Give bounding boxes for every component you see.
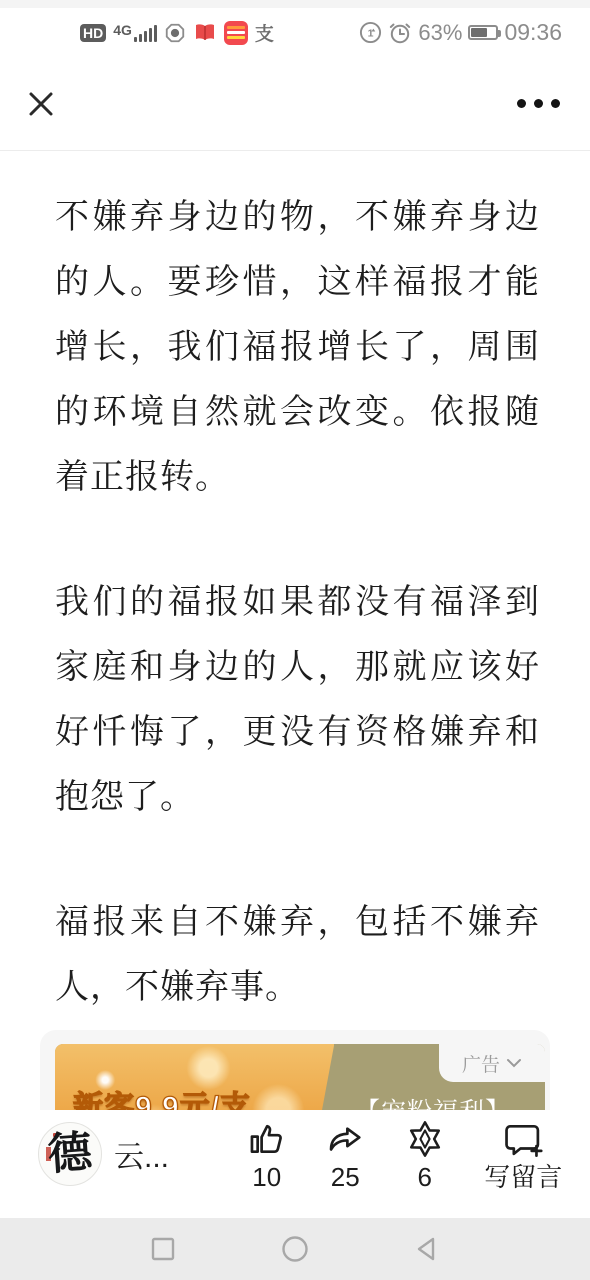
ad-promo-text: 新客9.9元/支 [73,1082,251,1110]
wow-star-icon [405,1120,445,1158]
network-type-label: 4G [113,23,132,37]
thumbs-up-icon [248,1120,286,1158]
reading-app-book-icon [193,23,217,43]
author-name: 云... [114,1132,169,1176]
comment-label: 写留言 [484,1164,562,1190]
svg-text:1: 1 [368,27,374,39]
like-button[interactable]: 10 [248,1120,286,1190]
more-dot [534,99,543,108]
alarm-clock-icon [388,21,412,45]
status-bar-left: HD 4G 支 [80,19,274,46]
chevron-down-icon [506,1058,522,1068]
comment-plus-icon [502,1120,544,1158]
phone-screen: HD 4G 支 1 63% [0,0,590,1280]
ad-label-tag[interactable]: 广告 [439,1044,545,1082]
wow-count: 6 [417,1164,431,1190]
ad-card[interactable]: 新客9.9元/支 【宠粉福利】 广告 [40,1030,550,1110]
article-body: 不嫌弃身边的物，不嫌弃身边的人。要珍惜，这样福报才能增长，我们福报增长了，周围的… [0,152,590,1080]
battery-icon [468,25,498,40]
more-options-button[interactable] [517,93,560,114]
status-bar-right: 1 63% 09:36 [359,19,562,46]
android-nav-bar [0,1218,590,1280]
home-circle-button[interactable] [278,1232,312,1266]
time-label: 09:36 [504,19,562,46]
forward-button[interactable]: 25 [325,1120,365,1190]
notification-hexagon-icon [164,22,186,44]
avatar[interactable]: 德 [38,1122,102,1186]
close-icon [24,87,58,121]
like-count: 10 [252,1164,281,1190]
ad-banner-image[interactable]: 新客9.9元/支 【宠粉福利】 广告 [55,1044,545,1110]
hd-badge: HD [80,24,106,42]
comment-button[interactable]: 写留言 [484,1120,562,1190]
wow-button[interactable]: 6 [405,1120,445,1190]
more-dot [517,99,526,108]
ad-benefit-text: 【宠粉福利】 [355,1092,511,1110]
article-paragraph: 福报来自不嫌弃，包括不嫌弃人，不嫌弃事。 [55,890,540,1020]
share-arrow-icon [325,1120,365,1158]
author-chip[interactable]: 德 云... [38,1122,169,1186]
article-paragraph: 不嫌弃身边的物，不嫌弃身边的人。要珍惜，这样福报才能增长，我们福报增长了，周围的… [55,185,540,510]
signal-bars-icon [134,24,157,42]
alipay-icon: 支 [255,19,274,46]
toolbar-actions: 10 25 6 写留言 [228,1120,582,1190]
more-dot [551,99,560,108]
article-header-bar [0,57,590,151]
avatar-calligraphy-glyph: 德 [47,1131,94,1178]
network-indicator: 4G [113,24,157,42]
close-button[interactable] [22,85,60,123]
live-app-icon [224,21,248,45]
article-paragraph: 我们的福报如果都没有福泽到家庭和身边的人，那就应该好好忏悔了，更没有资格嫌弃和抱… [55,570,540,830]
screen-top-edge [0,0,590,8]
back-triangle-button[interactable] [411,1233,443,1265]
forward-count: 25 [331,1164,360,1190]
status-bar: HD 4G 支 1 63% [0,8,590,57]
data-saver-icon: 1 [359,21,382,44]
ad-label: 广告 [462,1050,500,1077]
battery-percent-label: 63% [418,20,462,46]
bottom-toolbar: 德 云... 10 25 6 写留言 [0,1110,590,1218]
recents-square-button[interactable] [147,1233,179,1265]
